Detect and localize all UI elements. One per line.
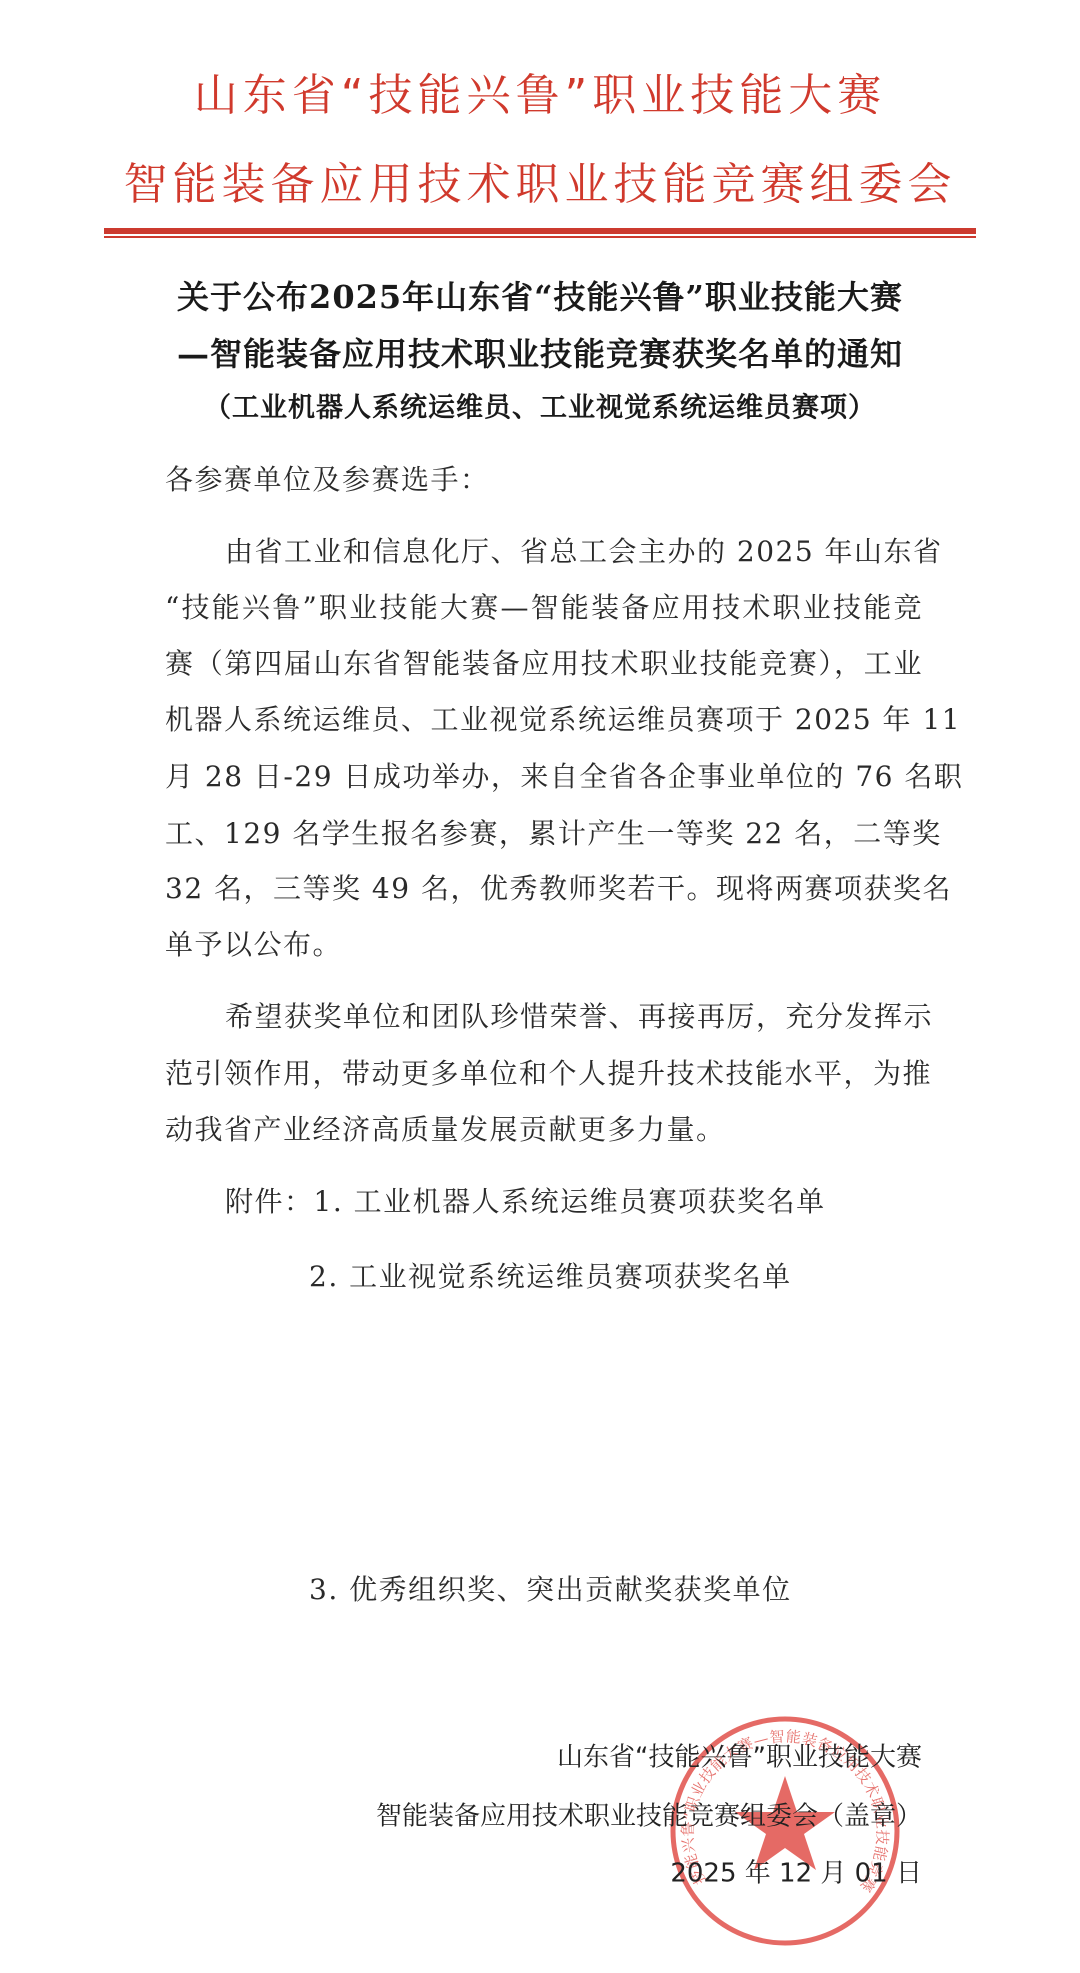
letterhead-line-1: 山东省“技能兴鲁”职业技能大赛	[0, 59, 1080, 123]
signature-committee: 智能装备应用技术职业技能竞赛组委会（盖章）	[376, 1796, 922, 1833]
document-title-line-2: —智能装备应用技术职业技能竞赛获奖名单的通知	[0, 329, 1080, 375]
document-subtitle: （工业机器人系统运维员、工业视觉系统运维员赛项）	[0, 386, 1080, 425]
paragraph-2-line: 范引领作用，带动更多单位和个人提升技术技能水平，为推	[165, 1052, 923, 1092]
paragraph-1-line: “技能兴鲁”职业技能大赛—智能装备应用技术职业技能竞	[165, 586, 923, 626]
paragraph-1-line: 由省工业和信息化厅、省总工会主办的 2025 年山东省	[225, 530, 923, 570]
paragraph-1-line: 赛（第四届山东省智能装备应用技术职业技能竞赛），工业	[165, 642, 923, 682]
paragraph-1-line: 单予以公布。	[165, 923, 342, 963]
signature-organizer: 山东省“技能兴鲁”职业技能大赛	[557, 1737, 922, 1774]
letterhead-line-2: 智能装备应用技术职业技能竞赛组委会	[0, 148, 1080, 212]
letterhead-divider-thick	[104, 228, 976, 234]
paragraph-2-line: 希望获奖单位和团队珍惜荣誉、再接再厉，充分发挥示	[225, 995, 923, 1035]
attachment-item-2: 2. 工业视觉系统运维员赛项获奖名单	[309, 1255, 792, 1295]
attachment-item-1: 1. 工业机器人系统运维员赛项获奖名单	[314, 1185, 826, 1218]
salutation: 各参赛单位及参赛选手：	[165, 458, 490, 498]
paragraph-1-line: 机器人系统运维员、工业视觉系统运维员赛项于 2025 年 11	[165, 698, 923, 738]
paragraph-1-line: 月 28 日-29 日成功举办，来自全省各企事业单位的 76 名职	[165, 755, 923, 795]
attachments-label: 附件：	[225, 1185, 314, 1218]
paragraph-1-line: 32 名，三等奖 49 名，优秀教师奖若干。现将两赛项获奖名	[165, 867, 923, 907]
attachments: 附件：1. 工业机器人系统运维员赛项获奖名单	[225, 1180, 826, 1220]
attachment-item-3: 3. 优秀组织奖、突出贡献奖获奖单位	[309, 1568, 792, 1608]
document-title-line-1: 关于公布2025年山东省“技能兴鲁”职业技能大赛	[0, 272, 1080, 318]
signature-date: 2025 年 12 月 01 日	[670, 1853, 922, 1890]
paragraph-1-line: 工、129 名学生报名参赛，累计产生一等奖 22 名，二等奖	[165, 812, 923, 852]
letterhead-divider-thin	[104, 236, 976, 238]
paragraph-2-line: 动我省产业经济高质量发展贡献更多力量。	[165, 1108, 726, 1148]
